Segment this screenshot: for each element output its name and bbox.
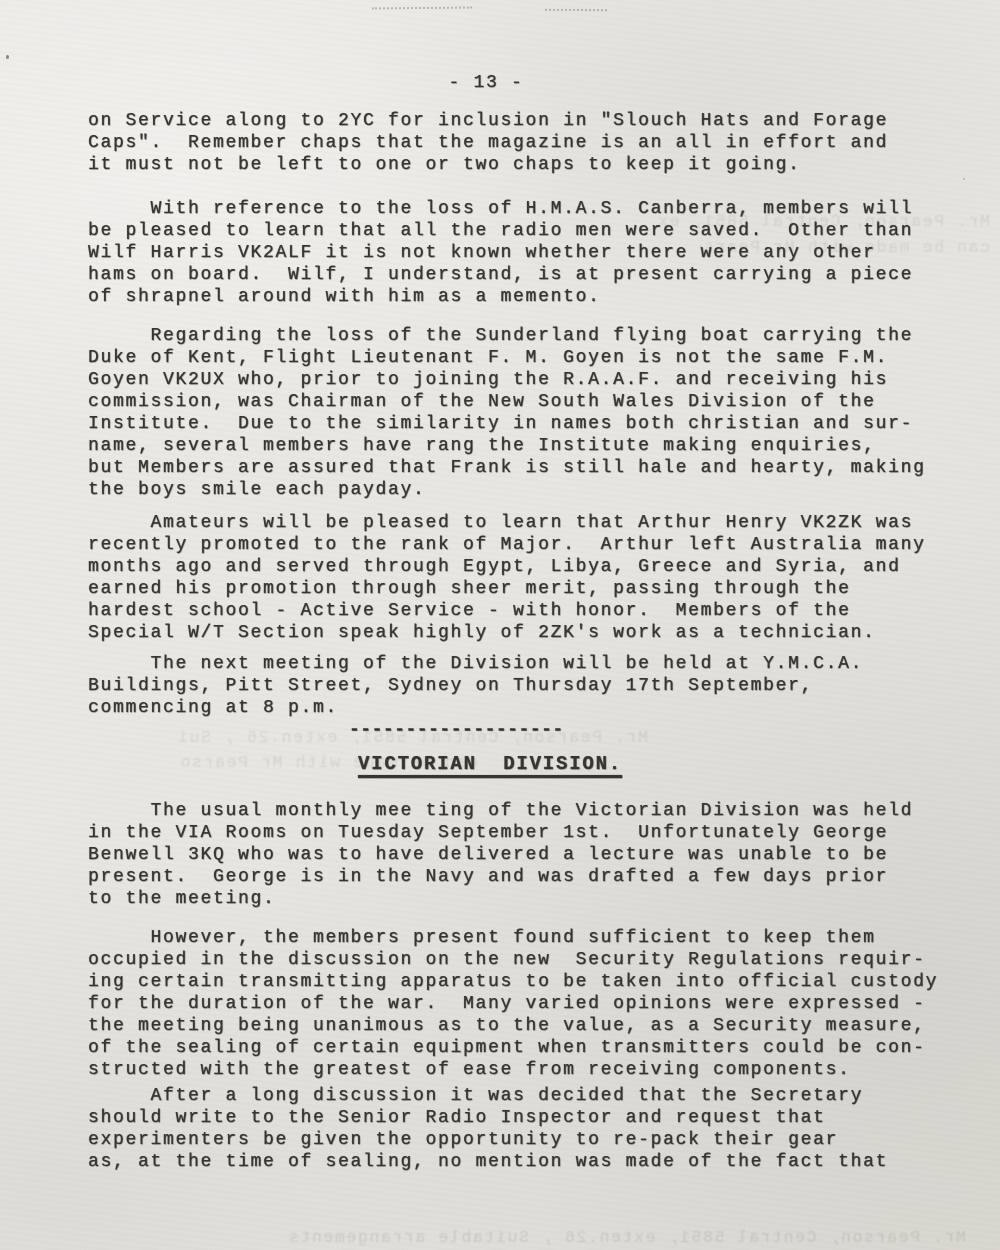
page-number: - 13 - <box>0 72 972 94</box>
top-edge-smudge <box>372 7 472 10</box>
paragraph-hmas-canberra: With reference to the loss of H.M.A.S. C… <box>88 198 976 308</box>
section-divider: ------------------- <box>349 719 564 741</box>
paragraph-arthur-henry-promotion: Amateurs will be pleased to learn that A… <box>88 512 976 644</box>
paragraph-sunderland-goyen: Regarding the loss of the Sunderland fly… <box>88 325 976 501</box>
ink-speck <box>6 55 9 59</box>
paragraph-monthly-meeting: The usual monthly mee ting of the Victor… <box>88 800 976 910</box>
section-heading-victorian-division: VICTORIAN DIVISION. <box>0 753 980 775</box>
paragraph-next-meeting: The next meeting of the Division will be… <box>88 653 976 719</box>
paragraph-security-regulations: However, the members present found suffi… <box>88 927 976 1081</box>
top-edge-smudge <box>545 9 607 11</box>
paragraph-service-magazine: on Service along to 2YC for inclusion in… <box>88 110 976 176</box>
scanned-document-page: Mr. Pearson, Central 5851, exten.26 , Su… <box>0 0 1000 1250</box>
paragraph-secretary-letter: After a long discussion it was decided t… <box>88 1085 976 1173</box>
bleed-through-text: Mr. Pearson, Central 5851, exten.26 , Su… <box>36 1228 966 1247</box>
ink-speck <box>963 178 965 180</box>
